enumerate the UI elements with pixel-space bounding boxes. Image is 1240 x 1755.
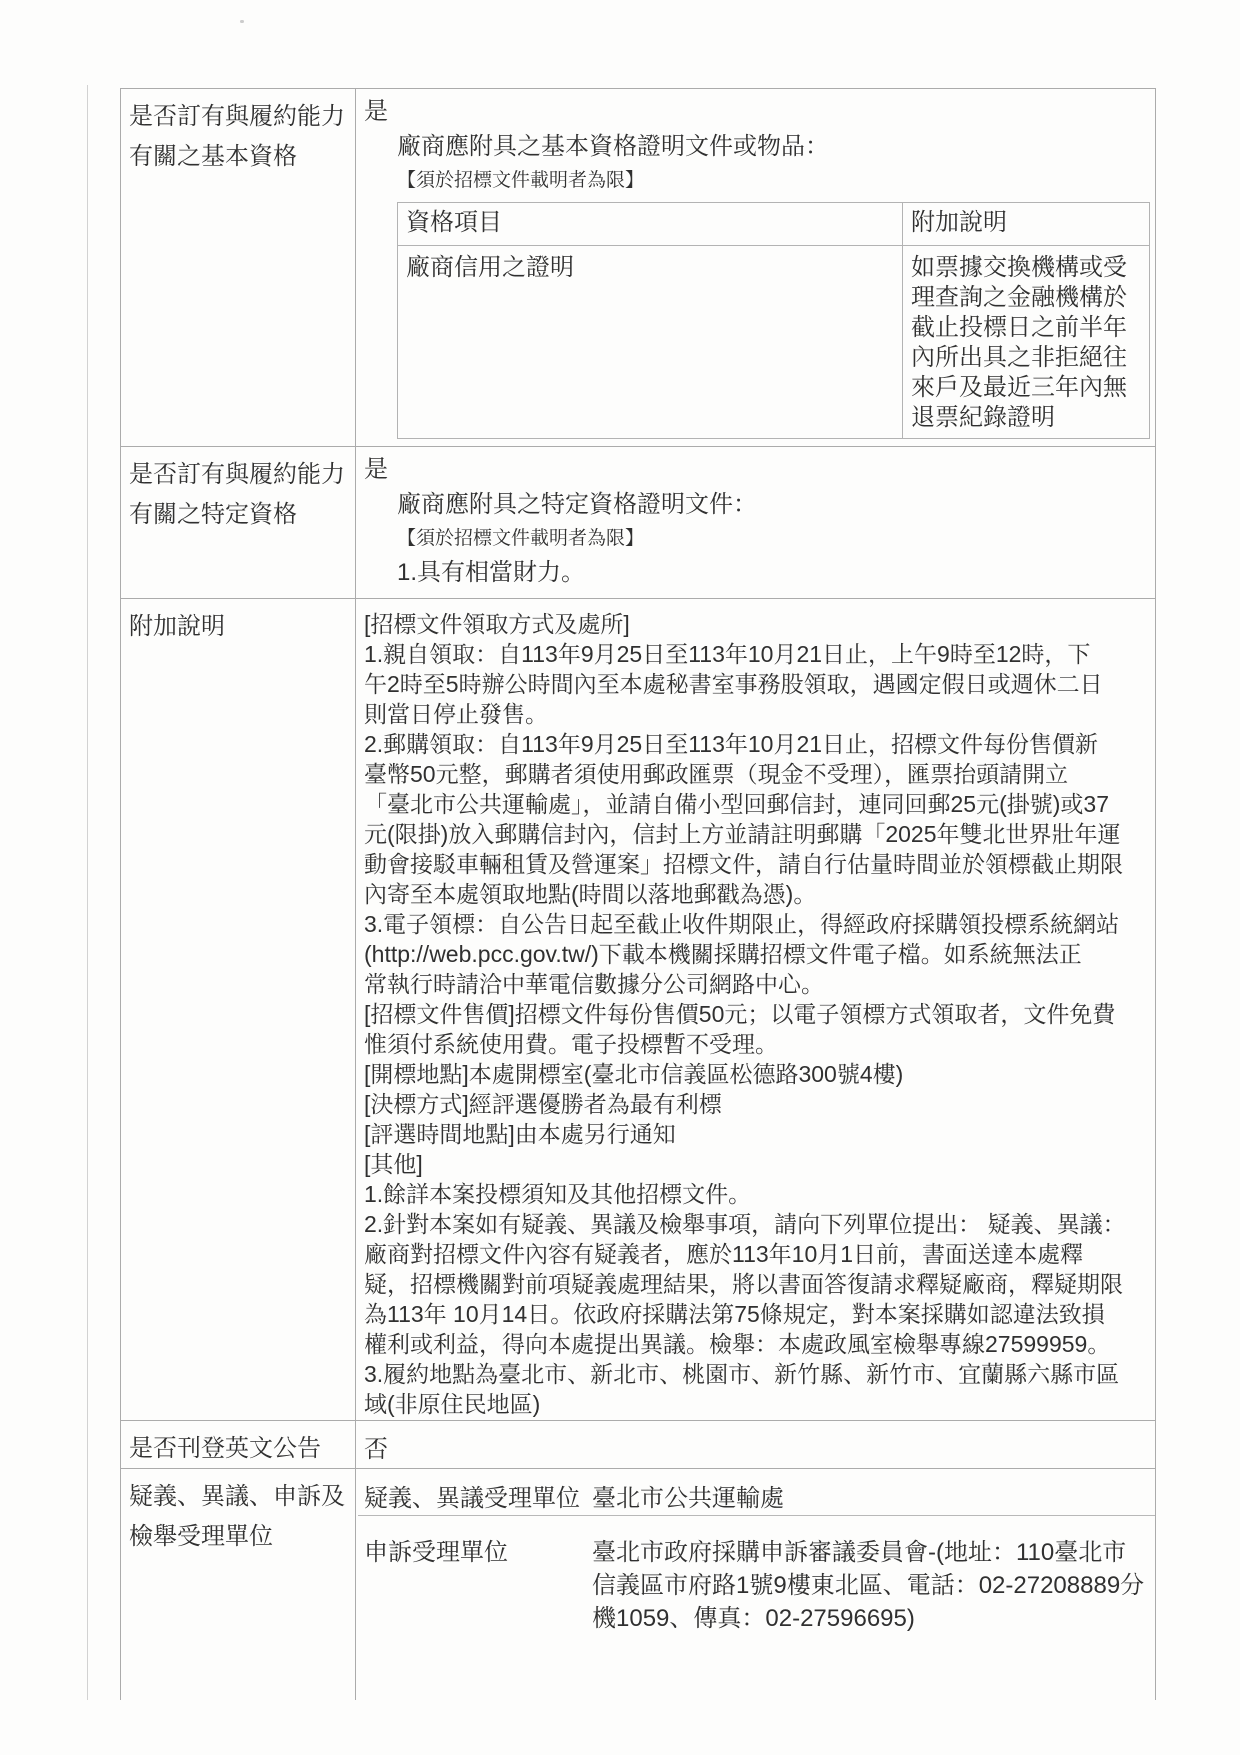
- appeal-unit-row: 申訴受理單位 臺北市政府採購申訴審議委員會-(地址：110臺北市 信義區市府路1…: [356, 1516, 1155, 1635]
- row-specific-qualification: 是否訂有與履約能力 有關之特定資格 是 廠商應附具之特定資格證明文件： 【須於招…: [121, 447, 1155, 599]
- specific-qualification-flag: 是: [364, 455, 1153, 485]
- additional-notes-value: [招標文件領取方式及處所] 1.親自領取：自113年9月25日至113年10月2…: [356, 599, 1155, 1420]
- additional-notes-label: 附加說明: [121, 599, 356, 1420]
- scanned-document-page: 是否訂有與履約能力 有關之基本資格 是 廠商應附具之基本資格證明文件或物品： 【…: [0, 0, 1240, 1755]
- appeal-unit-value: 臺北市政府採購申訴審議委員會-(地址：110臺北市 信義區市府路1號9樓東北區、…: [592, 1536, 1155, 1635]
- inner-table-header-row: 資格項目 附加說明: [398, 203, 1149, 246]
- english-announcement-label: 是否刊登英文公告: [121, 1421, 356, 1468]
- specific-qualification-detail: 廠商應附具之特定資格證明文件： 【須於招標文件載明者為限】 1.具有相當財力。: [397, 487, 1153, 591]
- specific-qualification-item: 1.具有相當財力。: [397, 555, 1153, 591]
- dispute-units-value: 疑義、異議受理單位 臺北市公共運輸處 申訴受理單位 臺北市政府採購申訴審議委員會…: [356, 1469, 1155, 1700]
- specific-qualification-intro: 廠商應附具之特定資格證明文件：: [397, 487, 1153, 523]
- specific-qualification-value: 是 廠商應附具之特定資格證明文件： 【須於招標文件載明者為限】 1.具有相當財力…: [356, 447, 1155, 598]
- objection-unit-value: 臺北市公共運輸處: [592, 1478, 784, 1515]
- basic-qualification-label: 是否訂有與履約能力 有關之基本資格: [121, 89, 356, 446]
- basic-qualification-value: 是 廠商應附具之基本資格證明文件或物品： 【須於招標文件載明者為限】 資格項目 …: [356, 89, 1155, 446]
- row-basic-qualification: 是否訂有與履約能力 有關之基本資格 是 廠商應附具之基本資格證明文件或物品： 【…: [121, 89, 1155, 447]
- basic-qualification-restriction: 【須於招標文件載明者為限】: [397, 165, 1153, 197]
- tender-notice-table: 是否訂有與履約能力 有關之基本資格 是 廠商應附具之基本資格證明文件或物品： 【…: [120, 88, 1156, 1700]
- specific-qualification-restriction: 【須於招標文件載明者為限】: [397, 523, 1153, 555]
- scan-noise-speck: [240, 20, 244, 23]
- inner-cell-note-value: 如票據交換機構或受理查詢之金融機構於截止投標日之前半年內所出具之非拒絕往來戶及最…: [903, 246, 1149, 438]
- inner-table-data-row: 廠商信用之證明 如票據交換機構或受理查詢之金融機構於截止投標日之前半年內所出具之…: [398, 246, 1149, 438]
- inner-header-note: 附加說明: [903, 203, 1149, 245]
- row-dispute-units: 疑義、異議、申訴及 檢舉受理單位 疑義、異議受理單位 臺北市公共運輸處 申訴受理…: [121, 1469, 1155, 1700]
- row-additional-notes: 附加說明 [招標文件領取方式及處所] 1.親自領取：自113年9月25日至113…: [121, 599, 1155, 1421]
- specific-qualification-label: 是否訂有與履約能力 有關之特定資格: [121, 447, 356, 598]
- basic-qualification-detail: 廠商應附具之基本資格證明文件或物品： 【須於招標文件載明者為限】 資格項目 附加…: [397, 129, 1153, 439]
- inner-header-item: 資格項目: [398, 203, 903, 245]
- english-announcement-value: 否: [356, 1421, 1155, 1468]
- row-english-announcement: 是否刊登英文公告 否: [121, 1421, 1155, 1469]
- scan-artifact-line: [87, 85, 88, 1700]
- dispute-units-label: 疑義、異議、申訴及 檢舉受理單位: [121, 1469, 356, 1700]
- appeal-unit-label: 申訴受理單位: [364, 1536, 592, 1635]
- basic-qualification-intro: 廠商應附具之基本資格證明文件或物品：: [397, 129, 1153, 165]
- objection-unit-label: 疑義、異議受理單位: [364, 1478, 592, 1515]
- basic-qualification-flag: 是: [364, 97, 1153, 127]
- qualification-inner-table: 資格項目 附加說明 廠商信用之證明 如票據交換機構或受理查詢之金融機構於截止投標…: [397, 202, 1150, 439]
- objection-unit-row: 疑義、異議受理單位 臺北市公共運輸處: [356, 1469, 1155, 1515]
- additional-notes-text: [招標文件領取方式及處所] 1.親自領取：自113年9月25日至113年10月2…: [364, 607, 1153, 1419]
- inner-cell-item-value: 廠商信用之證明: [398, 246, 903, 438]
